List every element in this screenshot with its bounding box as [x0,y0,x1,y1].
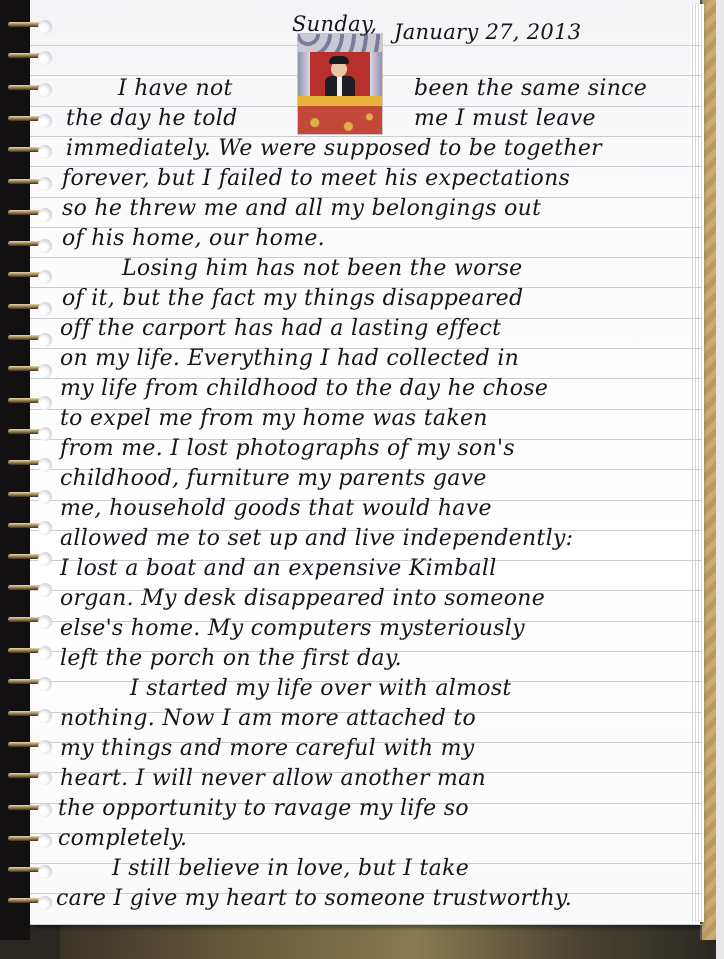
spiral-ring [8,302,48,312]
handwritten-line: heart. I will never allow another man [60,768,486,790]
binding-spine [0,0,30,940]
handwritten-line: of his home, our home. [62,228,325,250]
handwritten-line: childhood, furniture my parents gave [60,468,487,490]
punch-hole [38,521,52,535]
desk-backdrop [60,920,710,959]
spiral-ring [8,208,48,218]
handwritten-line: so he threw me and all my belongings out [62,198,541,220]
spiral-ring [8,490,48,500]
handwritten-line: care I give my heart to someone trustwor… [56,888,572,910]
punch-hole [38,552,52,566]
handwritten-line: me, household goods that would have [60,498,492,520]
spiral-ring [8,865,48,875]
sticker-balcony [298,96,382,134]
handwritten-line: else's home. My computers mysteriously [60,618,525,640]
spiral-ring [8,83,48,93]
punch-hole [38,615,52,629]
spiral-ring [8,396,48,406]
spiral-ring [8,333,48,343]
handwritten-line: me I must leave [414,108,596,130]
handwritten-line: from me. I lost photographs of my son's [60,438,515,460]
punch-hole [38,396,52,410]
handwritten-line: off the carport has had a lasting effect [60,318,501,340]
spiral-ring [8,270,48,280]
sticker-figure-shirt [337,76,342,96]
sticker-curtain-valance [298,34,382,52]
spiral-ring [8,896,48,906]
punch-hole [38,740,52,754]
handwritten-line: nothing. Now I am more attached to [60,708,476,730]
spiral-ring [8,521,48,531]
punch-hole [38,490,52,504]
cover-edge [716,0,724,959]
punch-hole [38,114,52,128]
punch-hole [38,20,52,34]
spiral-ring [8,177,48,187]
theater-sticker [297,33,383,135]
ruled-line [30,924,702,925]
handwritten-line: left the porch on the first day. [60,648,402,670]
handwritten-line: to expel me from my home was taken [60,408,488,430]
spiral-ring [8,552,48,562]
sticker-figure-hat [329,56,349,64]
handwritten-line: I lost a boat and an expensive Kimball [60,558,497,580]
spiral-ring [8,709,48,719]
spiral-ring [8,145,48,155]
spiral-ring [8,583,48,593]
spiral-ring [8,239,48,249]
handwritten-line: the opportunity to ravage my life so [58,798,469,820]
handwritten-line: I have not [118,78,233,100]
handwritten-line: on my life. Everything I had collected i… [60,348,519,370]
date-weekday: Sunday, [292,14,377,35]
spiral-ring [8,646,48,656]
page-stack-edge [690,4,704,922]
handwritten-line: forever, but I failed to meet his expect… [62,168,570,190]
handwritten-line: my things and more careful with my [60,738,475,760]
handwritten-line: allowed me to set up and live independen… [60,528,573,550]
punch-hole [38,646,52,660]
spiral-ring [8,677,48,687]
punch-hole [38,208,52,222]
spiral-ring [8,740,48,750]
punch-hole [38,427,52,441]
punch-hole [38,865,52,879]
spiral-ring [8,364,48,374]
spiral-ring [8,615,48,625]
spiral-ring [8,20,48,30]
punch-hole [38,834,52,848]
punch-hole [38,239,52,253]
punch-hole [38,302,52,316]
handwritten-line: my life from childhood to the day he cho… [60,378,548,400]
spiral-ring [8,458,48,468]
handwritten-line: Losing him has not been the worse [122,258,522,280]
punch-hole [38,803,52,817]
punch-hole [38,83,52,97]
date-heading: January 27, 2013 [394,22,581,43]
handwritten-line: I started my life over with almost [130,678,512,700]
handwritten-line: been the same since [414,78,647,100]
handwritten-line: I still believe in love, but I take [112,858,469,880]
punch-hole [38,333,52,347]
handwritten-line: of it, but the fact my things disappeare… [62,288,523,310]
handwritten-line: completely. [58,828,187,850]
handwritten-line: the day he told [66,108,238,130]
punch-hole [38,709,52,723]
spiral-ring [8,114,48,124]
spiral-ring [8,803,48,813]
handwritten-line: immediately. We were supposed to be toge… [66,138,602,160]
handwritten-line: organ. My desk disappeared into someone [60,588,545,610]
spiral-ring [8,427,48,437]
punch-hole [38,177,52,191]
spiral-ring [8,51,48,61]
spiral-ring [8,771,48,781]
spiral-ring [8,834,48,844]
